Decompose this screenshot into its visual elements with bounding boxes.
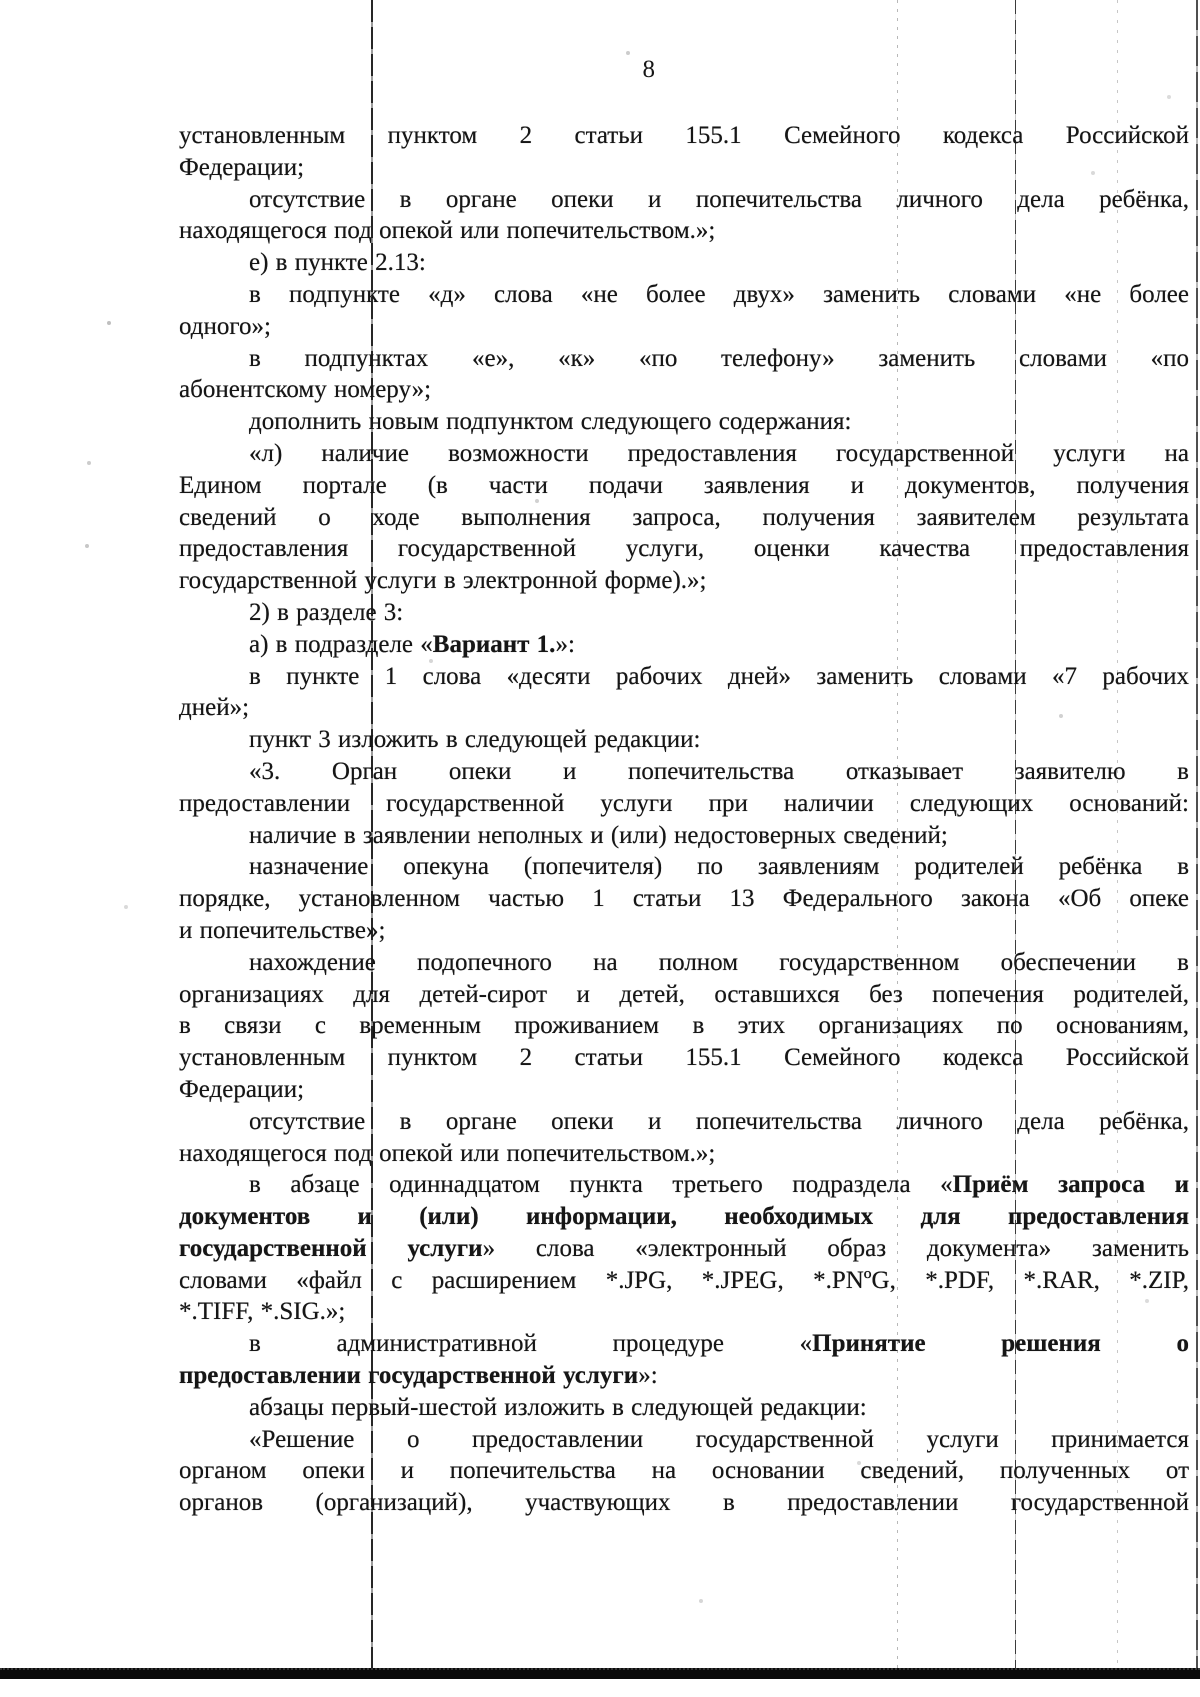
text-line: организациях для детей-сирот и детей, ос… bbox=[179, 979, 1189, 1011]
text-line: и попечительстве»; bbox=[179, 915, 1189, 947]
text-segment: е) в пункте 2.13: bbox=[249, 249, 426, 276]
text-line: одного»; bbox=[179, 311, 1189, 343]
text-segment: «Решение о предоставлении государственно… bbox=[249, 1426, 1189, 1453]
text-line: нахождение подопечного на полном государ… bbox=[179, 947, 1189, 979]
text-line: в пункте 1 слова «десяти рабочих дней» з… bbox=[179, 661, 1189, 693]
text-line: сведений о ходе выполнения запроса, полу… bbox=[179, 502, 1189, 534]
text-segment: словами «файл с расширением *.JPG, *.JPE… bbox=[179, 1267, 1189, 1294]
text-segment: абзацы первый-шестой изложить в следующе… bbox=[249, 1394, 867, 1421]
text-segment: организациях для детей-сирот и детей, ос… bbox=[179, 981, 1189, 1008]
text-segment-bold: государственной услуги bbox=[179, 1235, 483, 1262]
text-segment-bold: Принятие решения о bbox=[812, 1330, 1189, 1357]
text-segment: дней»; bbox=[179, 694, 249, 721]
text-segment: »: bbox=[638, 1362, 657, 1389]
text-line: абзацы первый-шестой изложить в следующе… bbox=[179, 1392, 1189, 1424]
text-line: «Решение о предоставлении государственно… bbox=[179, 1424, 1189, 1456]
text-segment: »: bbox=[555, 631, 574, 658]
text-line: установленным пунктом 2 статьи 155.1 Сем… bbox=[179, 120, 1189, 152]
text-line: Федерации; bbox=[179, 152, 1189, 184]
text-line: *.TIFF, *.SIG.»; bbox=[179, 1296, 1189, 1328]
text-line: государственной услуги» слова «электронн… bbox=[179, 1233, 1189, 1265]
text-line: в подпунктах «е», «к» «по телефону» заме… bbox=[179, 343, 1189, 375]
text-segment: установленным пунктом 2 статьи 155.1 Сем… bbox=[179, 122, 1189, 149]
text-segment: пункт 3 изложить в следующей редакции: bbox=[249, 726, 700, 753]
text-segment: предоставлении государственной услуги пр… bbox=[179, 790, 1189, 817]
text-line: Едином портале (в части подачи заявления… bbox=[179, 470, 1189, 502]
text-segment: *.TIFF, *.SIG.»; bbox=[179, 1298, 345, 1325]
document-page: 8 установленным пунктом 2 статьи 155.1 С… bbox=[0, 0, 1200, 1697]
text-line: словами «файл с расширением *.JPG, *.JPE… bbox=[179, 1265, 1189, 1297]
text-segment: в подпунктах «е», «к» «по телефону» заме… bbox=[249, 345, 1189, 372]
text-segment: в пункте 1 слова «десяти рабочих дней» з… bbox=[249, 663, 1189, 690]
text-segment: в абзаце одиннадцатом пункта третьего по… bbox=[249, 1171, 953, 1198]
text-line: дней»; bbox=[179, 692, 1189, 724]
text-segment-bold: документов и (или) информации, необходим… bbox=[179, 1203, 1189, 1230]
text-line: государственной услуги в электронной фор… bbox=[179, 565, 1189, 597]
text-line: назначение опекуна (попечителя) по заявл… bbox=[179, 851, 1189, 883]
text-segment: Федерации; bbox=[179, 154, 304, 181]
text-line: «л) наличие возможности предоставления г… bbox=[179, 438, 1189, 470]
text-segment: сведений о ходе выполнения запроса, полу… bbox=[179, 504, 1189, 531]
text-line: в подпункте «д» слова «не более двух» за… bbox=[179, 279, 1189, 311]
scan-artifact-bottom-bar bbox=[0, 1668, 1200, 1679]
text-segment: органов (организаций), участвующих в пре… bbox=[179, 1489, 1189, 1516]
text-line: документов и (или) информации, необходим… bbox=[179, 1201, 1189, 1233]
text-line: органом опеки и попечительства на основа… bbox=[179, 1455, 1189, 1487]
text-line: порядке, установленном частью 1 статьи 1… bbox=[179, 883, 1189, 915]
text-segment: находящегося под опекой или попечительст… bbox=[179, 217, 715, 244]
text-line: находящегося под опекой или попечительст… bbox=[179, 215, 1189, 247]
text-line: предоставлении государственной услуги»: bbox=[179, 1360, 1189, 1392]
text-segment: наличие в заявлении неполных и (или) нед… bbox=[249, 822, 948, 849]
text-segment: Федерации; bbox=[179, 1076, 304, 1103]
text-segment: в подпункте «д» слова «не более двух» за… bbox=[249, 281, 1189, 308]
text-segment: » слова «электронный образ документа» за… bbox=[483, 1235, 1189, 1262]
text-line: наличие в заявлении неполных и (или) нед… bbox=[179, 820, 1189, 852]
text-segment: абонентскому номеру»; bbox=[179, 376, 431, 403]
page-number: 8 bbox=[574, 56, 724, 84]
text-segment: порядке, установленном частью 1 статьи 1… bbox=[179, 885, 1189, 912]
text-segment-bold: Вариант 1. bbox=[433, 631, 556, 658]
text-segment: дополнить новым подпунктом следующего со… bbox=[249, 408, 852, 435]
scan-artifact-page-edge-line bbox=[1196, 0, 1198, 1668]
text-line: абонентскому номеру»; bbox=[179, 374, 1189, 406]
text-segment: одного»; bbox=[179, 313, 271, 340]
text-line: в абзаце одиннадцатом пункта третьего по… bbox=[179, 1169, 1189, 1201]
text-segment: в административной процедуре « bbox=[249, 1330, 812, 1357]
text-segment: установленным пунктом 2 статьи 155.1 Сем… bbox=[179, 1044, 1189, 1071]
text-segment-bold: предоставлении государственной услуги bbox=[179, 1362, 638, 1389]
text-segment: назначение опекуна (попечителя) по заявл… bbox=[249, 853, 1189, 880]
text-line: отсутствие в органе опеки и попечительст… bbox=[179, 1106, 1189, 1138]
text-line: пункт 3 изложить в следующей редакции: bbox=[179, 724, 1189, 756]
text-line: находящегося под опекой или попечительст… bbox=[179, 1138, 1189, 1170]
scan-noise-speckles bbox=[0, 0, 2, 2]
text-line: дополнить новым подпунктом следующего со… bbox=[179, 406, 1189, 438]
text-line: Федерации; bbox=[179, 1074, 1189, 1106]
text-segment: предоставления государственной услуги, о… bbox=[179, 535, 1189, 562]
text-segment: органом опеки и попечительства на основа… bbox=[179, 1457, 1189, 1484]
text-segment: и попечительстве»; bbox=[179, 917, 385, 944]
text-segment: отсутствие в органе опеки и попечительст… bbox=[249, 1108, 1189, 1135]
text-line: предоставлении государственной услуги пр… bbox=[179, 788, 1189, 820]
text-line: в связи с временным проживанием в этих о… bbox=[179, 1010, 1189, 1042]
text-line: е) в пункте 2.13: bbox=[179, 247, 1189, 279]
text-segment: 2) в разделе 3: bbox=[249, 599, 403, 626]
text-segment: находящегося под опекой или попечительст… bbox=[179, 1140, 715, 1167]
text-segment: а) в подразделе « bbox=[249, 631, 433, 658]
text-segment: «л) наличие возможности предоставления г… bbox=[249, 440, 1189, 467]
text-line: отсутствие в органе опеки и попечительст… bbox=[179, 184, 1189, 216]
text-segment-bold: Приём запроса и bbox=[953, 1171, 1189, 1198]
text-segment: нахождение подопечного на полном государ… bbox=[249, 949, 1189, 976]
text-line: предоставления государственной услуги, о… bbox=[179, 533, 1189, 565]
text-line: установленным пунктом 2 статьи 155.1 Сем… bbox=[179, 1042, 1189, 1074]
text-segment: государственной услуги в электронной фор… bbox=[179, 567, 706, 594]
text-line: органов (организаций), участвующих в пре… bbox=[179, 1487, 1189, 1519]
text-block: установленным пунктом 2 статьи 155.1 Сем… bbox=[179, 120, 1189, 1519]
text-segment: в связи с временным проживанием в этих о… bbox=[179, 1012, 1189, 1039]
text-segment: «3. Орган опеки и попечительства отказыв… bbox=[249, 758, 1189, 785]
text-line: а) в подразделе «Вариант 1.»: bbox=[179, 629, 1189, 661]
text-line: «3. Орган опеки и попечительства отказыв… bbox=[179, 756, 1189, 788]
text-segment: отсутствие в органе опеки и попечительст… bbox=[249, 186, 1189, 213]
text-line: 2) в разделе 3: bbox=[179, 597, 1189, 629]
text-line: в административной процедуре «Принятие р… bbox=[179, 1328, 1189, 1360]
text-segment: Едином портале (в части подачи заявления… bbox=[179, 472, 1189, 499]
